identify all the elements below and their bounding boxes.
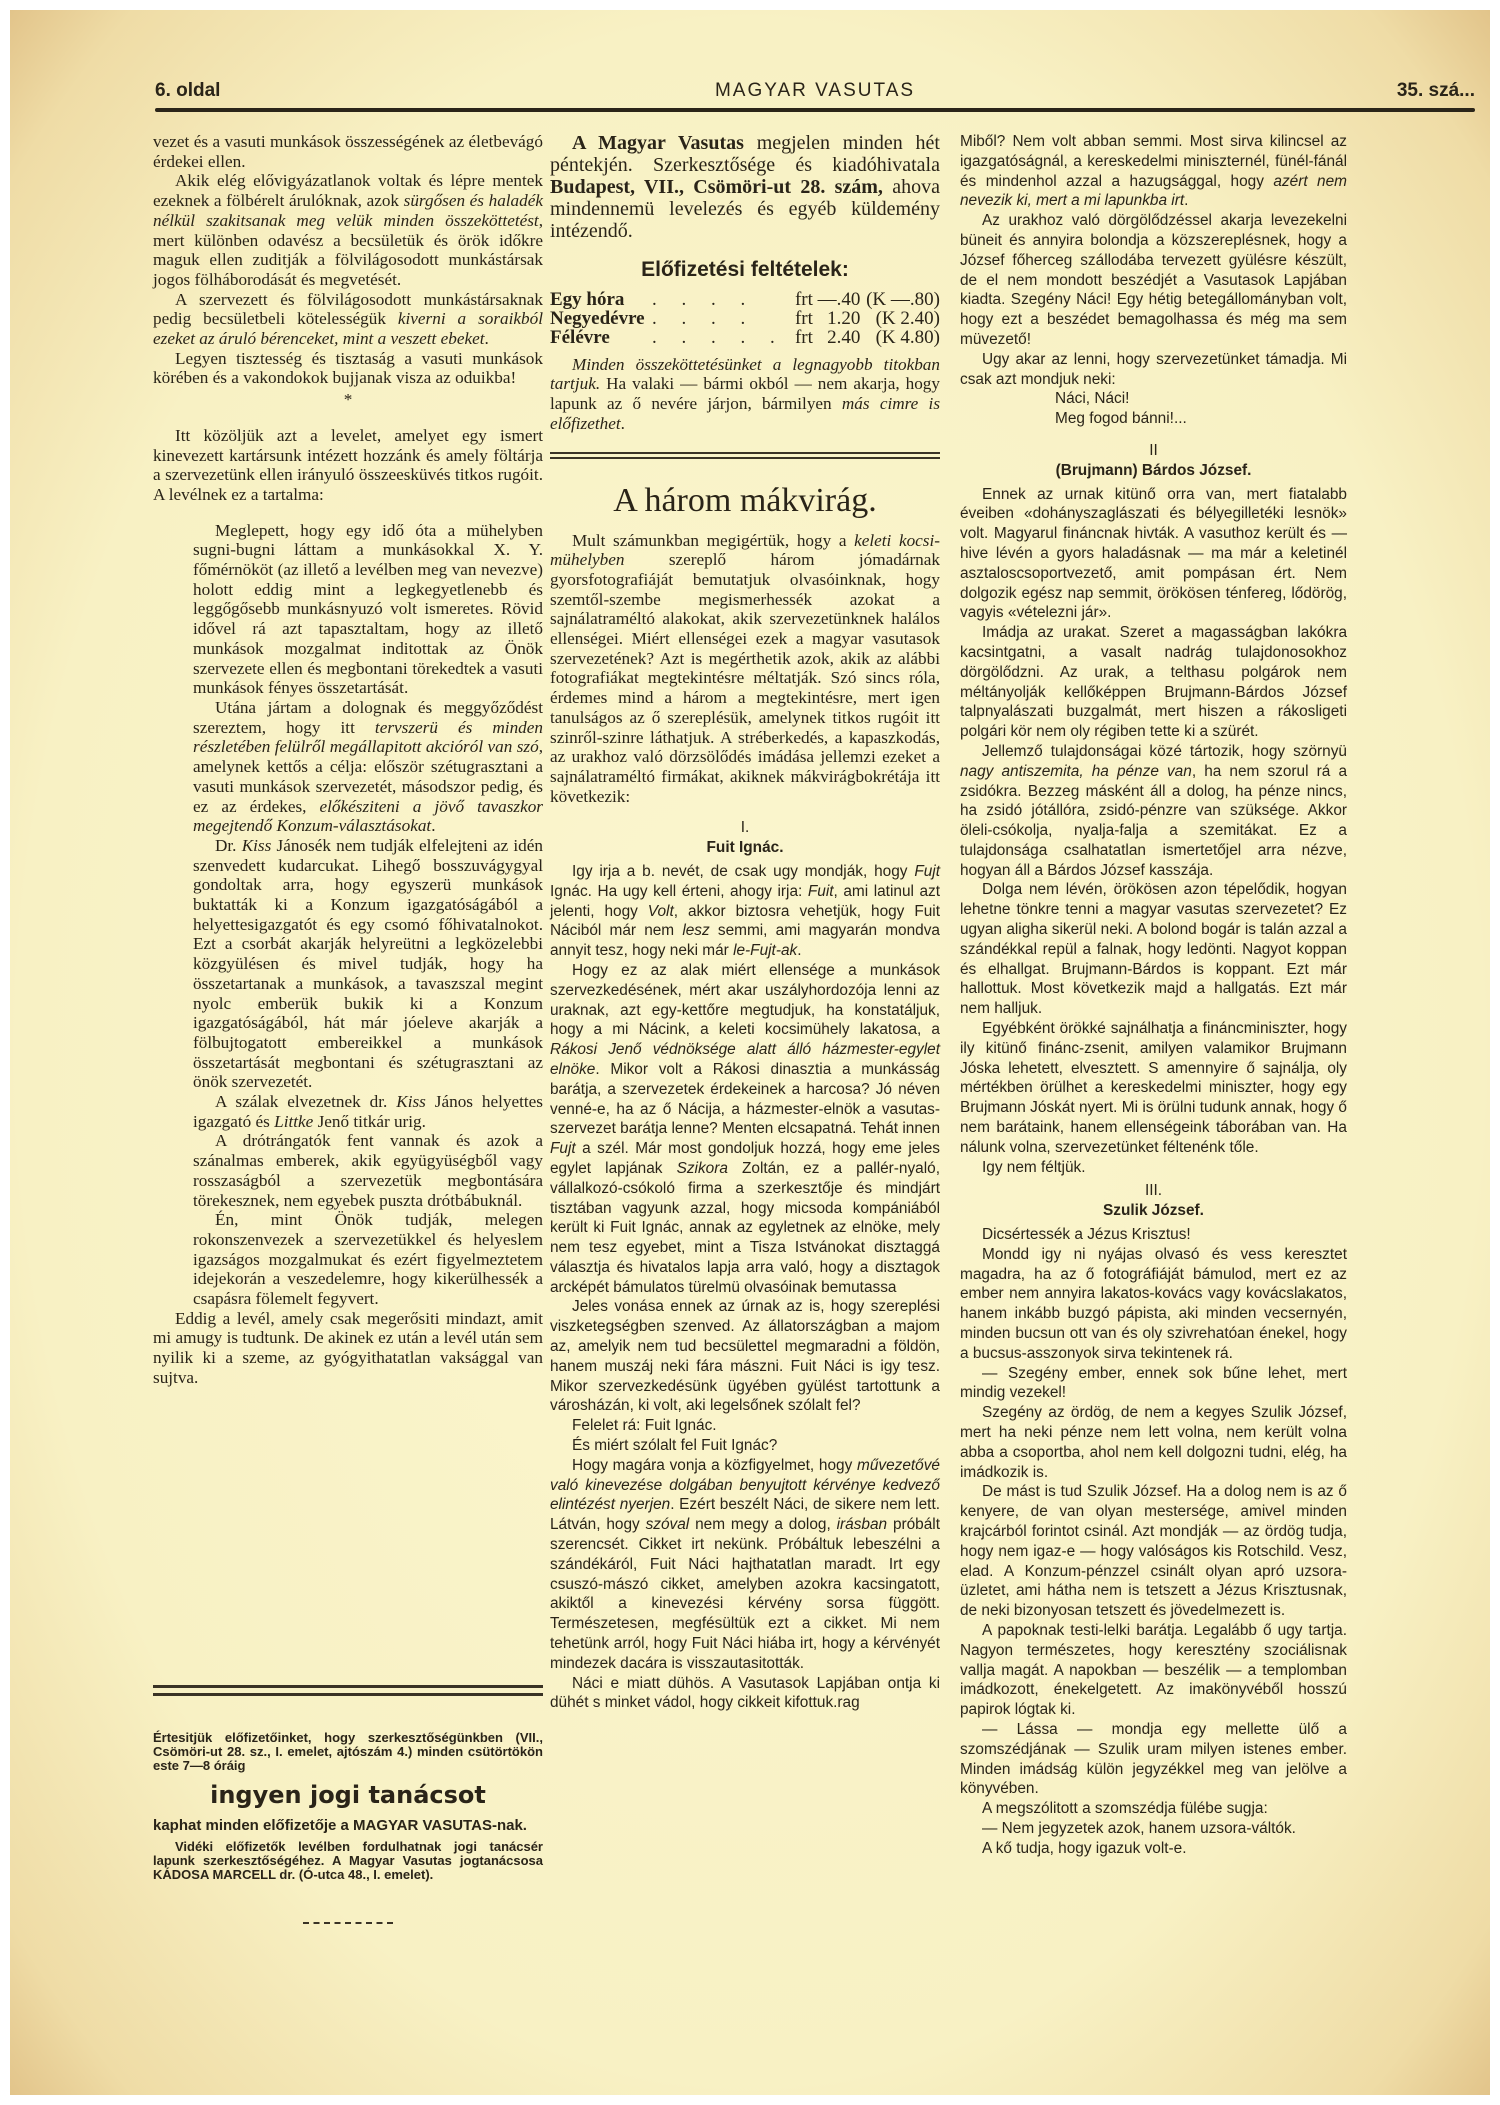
paragraph: A drótrángatók fent vannak és azok a szá…: [193, 1131, 543, 1210]
paragraph: Mondd igy ni nyájas olvasó és vess keres…: [960, 1245, 1347, 1364]
section-separator: *: [153, 390, 543, 410]
paragraph: De mást is tud Szulik József. Ha a dolog…: [960, 1482, 1347, 1621]
ad-heading: Értesitjük előfizetőinket, hogy szerkesz…: [153, 1731, 543, 1773]
section-number: I.: [550, 818, 940, 838]
paragraph: A szervezett és fölvilágosodott munkástá…: [153, 290, 543, 349]
paragraph: Ennek az urnak kitünő orra van, mert fia…: [960, 485, 1347, 624]
paragraph: Felelet rá: Fuit Ignác.: [550, 1416, 940, 1436]
price-row: Negyedévre. . . .frt1.20(K 2.40): [550, 309, 940, 328]
section-heading: (Brujmann) Bárdos József.: [960, 461, 1347, 481]
ad-note: Vidéki előfizetők levélben fordulhatnak …: [153, 1840, 543, 1882]
paragraph: Miből? Nem volt abban semmi. Most sirva …: [960, 132, 1347, 211]
ad-line: kaphat minden előfizetője a MAGYAR VASUT…: [153, 1817, 543, 1834]
paragraph: Jeles vonása ennek az úrnak az is, hogy …: [550, 1297, 940, 1416]
page-header: 6. oldal MAGYAR VASUTAS 35. szá...: [155, 80, 1475, 110]
issue-number: 35. szá...: [1397, 80, 1475, 102]
paragraph: Szegény az ördög, de nem a kegyes Szulik…: [960, 1403, 1347, 1482]
column-2: A Magyar Vasutas megjelen minden hét pén…: [550, 132, 940, 1713]
paragraph: Hogy ez az alak miért ellensége a munkás…: [550, 961, 940, 1298]
section-heading: Szulik József.: [960, 1201, 1347, 1221]
paragraph: Hogy magára vonja a közfigyelmet, hogy m…: [550, 1456, 940, 1674]
column-1: vezet és a vasuti munkások összességének…: [153, 132, 543, 1388]
ad-title: ingyen jogi tanácsot: [153, 1781, 543, 1809]
section-number: III.: [960, 1181, 1347, 1201]
paragraph: Itt közöljük azt a levelet, amelyet egy …: [153, 426, 543, 505]
ad-rule: [153, 1685, 543, 1688]
paragraph: Az urakhoz való dörgölődzéssel akarja le…: [960, 211, 1347, 350]
paragraph: Utána jártam a dolognak és meggyőződést …: [193, 698, 543, 836]
paragraph: — Szegény ember, ennek sok bűne lehet, m…: [960, 1364, 1347, 1404]
paragraph: A papoknak testi-lelki barátja. Legalább…: [960, 1621, 1347, 1720]
paragraph: Én, mint Önök tudják, melegen rokonszenv…: [193, 1210, 543, 1309]
publication-info: A Magyar Vasutas megjelen minden hét pén…: [550, 132, 940, 242]
paragraph: Igy nem féltjük.: [960, 1158, 1347, 1178]
paragraph: Meglepett, hogy egy idő óta a mühelyben …: [193, 521, 543, 698]
paragraph: Náci e miatt dühös. A Vasutasok Lapjában…: [550, 1674, 940, 1714]
paragraph: Dr. Kiss Jánosék nem tudják elfelejteni …: [193, 836, 543, 1092]
ad-end-rule: [303, 1922, 393, 1924]
price-row: Félévre. . . . .frt2.40(K 4.80): [550, 328, 940, 347]
paragraph: Jellemző tulajdonságai közé tártozik, ho…: [960, 742, 1347, 881]
double-rule: [550, 452, 940, 459]
paragraph: vezet és a vasuti munkások összességének…: [153, 132, 543, 171]
paragraph: A megszólitott a szomszédja fülébe sugja…: [960, 1799, 1347, 1819]
subscription-heading: Előfizetési feltételek:: [550, 260, 940, 280]
paragraph: Minden összeköttetésünket a legnagyobb t…: [550, 355, 940, 434]
paragraph: Akik elég elővigyázatlanok voltak és lép…: [153, 171, 543, 289]
paragraph: Eddig a levél, amely csak megerősiti min…: [153, 1309, 543, 1388]
paragraph: — Lássa — mondja egy mellette ülő a szom…: [960, 1720, 1347, 1799]
paragraph: Legyen tisztesség és tisztaság a vasuti …: [153, 349, 543, 388]
verse-line: Meg fogod bánni!...: [1055, 409, 1347, 429]
paragraph: Imádja az urakat. Szeret a magasságban l…: [960, 623, 1347, 742]
paragraph: — Nem jegyzetek azok, hanem uzsora-váltó…: [960, 1819, 1347, 1839]
newspaper-page: 6. oldal MAGYAR VASUTAS 35. szá... vezet…: [10, 10, 1490, 2095]
ad-rule: [153, 1693, 543, 1696]
section-number: II: [960, 441, 1347, 461]
price-row: Egy hóra. . . .frt—.40(K —.80): [550, 290, 940, 309]
header-rule: [155, 108, 1475, 112]
quoted-letter: Meglepett, hogy egy idő óta a mühelyben …: [153, 521, 543, 1309]
paragraph: Egyébként örökké sajnálhatja a fináncmin…: [960, 1019, 1347, 1158]
paragraph: A szálak elvezetnek dr. Kiss János helye…: [193, 1092, 543, 1131]
paragraph: Mult számunkban megigértük, hogy a kelet…: [550, 531, 940, 807]
paragraph: És miért szólalt fel Fuit Ignác?: [550, 1436, 940, 1456]
paragraph: Ugy akar az lenni, hogy szervezetünket t…: [960, 350, 1347, 390]
paragraph: Dolga nem lévén, örökösen azon tépelődik…: [960, 880, 1347, 1019]
paragraph: Igy irja a b. nevét, de csak ugy mondják…: [550, 862, 940, 961]
legal-advice-notice: Értesitjük előfizetőinket, hogy szerkesz…: [153, 1685, 543, 1924]
column-3: Miből? Nem volt abban semmi. Most sirva …: [960, 132, 1347, 1859]
paragraph: A kő tudja, hogy igazuk volt-e.: [960, 1839, 1347, 1859]
subscription-price-table: Egy hóra. . . .frt—.40(K —.80)Negyedévre…: [550, 290, 940, 347]
masthead-title: MAGYAR VASUTAS: [155, 80, 1475, 102]
paragraph: Dicsértessék a Jézus Krisztus!: [960, 1225, 1347, 1245]
section-heading: Fuit Ignác.: [550, 838, 940, 858]
verse-line: Náci, Náci!: [1055, 389, 1347, 409]
article-title: A három mákvirág.: [550, 481, 940, 521]
